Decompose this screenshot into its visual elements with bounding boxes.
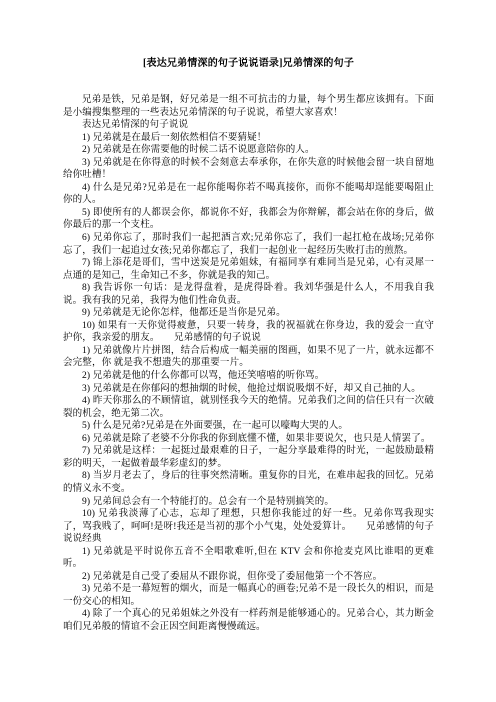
list-item: 2) 兄弟就是自己受了委屈从不跟你说，但你受了委屈他第一个不答应。 [63,571,434,584]
document-body: 兄弟是铁，兄弟是钢，好兄弟是一组不可抗击的力量，每个男生都应该拥有。下面是小编搜… [63,94,434,634]
list-item: 4) 除了一个真心的兄弟姐妹之外没有一样药剂是能够通心的。兄弟合心，其力断金咱们… [63,608,434,633]
list-item: 10) 如果有一天你觉得疲惫，只要一转身，我的祝福就在你身边，我的爱会一直守护你… [63,320,434,345]
document-page: [表达兄弟情深的句子说说语录]兄弟情深的句子 兄弟是铁，兄弟是钢，好兄弟是一组不… [0,0,496,702]
list-item: 1) 兄弟就是平时说你五音不全唱歌难听,但在 KTV 会和你抢麦克风比谁唱的更难… [63,546,434,571]
list-item: 5) 即使所有的人都误会你，都说你不好，我都会为你辩解，都会站在你的身后，做你最… [63,207,434,232]
list-item: 9) 兄弟间总会有一个特能打的。总会有一个是特别搞笑的。 [63,496,434,509]
list-item: 8) 我告诉你一句话：是龙得盘着，是虎得卧着。我刘华强是什么人，不用我自我说。我… [63,282,434,307]
list-item: 3) 兄弟不是一幕短暂的烟火，而是一幅真心的画卷;兄弟不是一段长久的相识，而是一… [63,583,434,608]
section-heading: 表达兄弟情深的句子说说 [63,119,434,132]
list-item: 7) 兄弟就是这样：一起挺过最艰难的日子，一起分享最难得的时光，一起鼓励最精彩的… [63,445,434,470]
list-item: 8) 当岁月老去了，身后的往事突然清晰。重复你的目光，在难串起我的回忆。兄弟的情… [63,470,434,495]
list-item: 1) 兄弟就像片片拼图，结合后构成一幅美丽的图画，如果不见了一片，就永远都不会完… [63,345,434,370]
list-item: 6) 兄弟你忘了，那时我们一起把酒言欢;兄弟你忘了，我们一起扛枪在战场;兄弟你忘… [63,232,434,257]
document-title: [表达兄弟情深的句子说说语录]兄弟情深的句子 [63,57,434,70]
intro-paragraph: 兄弟是铁，兄弟是钢，好兄弟是一组不可抗击的力量，每个男生都应该拥有。下面是小编搜… [63,94,434,119]
list-item: 9) 兄弟就是无论你怎样，他都还是当你是兄弟。 [63,307,434,320]
list-item: 3) 兄弟就是在你得意的时候不会刻意去奉承你，在你失意的时候他会留一块自留地给你… [63,157,434,182]
list-item: 5) 什么是兄弟?兄弟是在外面要强，在一起可以嚎啕大哭的人。 [63,420,434,433]
list-item: 4) 什么是兄弟?兄弟是在一起你能喝你若不喝真接你，而你不能喝却逞能要喝阻止你的… [63,182,434,207]
list-item: 3) 兄弟就是在你郁闷的想抽烟的时候，他抢过烟说吸烟不好，却又自己抽的人。 [63,383,434,396]
list-item: 7) 锦上添花是哥们，雪中送炭是兄弟姐妹，有福同享有难同当是兄弟，心有灵犀一点通… [63,257,434,282]
list-item: 2) 兄弟就是他的什么你都可以骂，他还笑嘻嘻的听你骂。 [63,370,434,383]
list-item: 1) 兄弟就是在最后一刻依然相信不要猜疑！ [63,132,434,145]
list-item: 2) 兄弟就是在你需要他的时候二话不说愿意陪你的人。 [63,144,434,157]
list-item: 4) 昨天你那么的不顾情谊，就别怪我今天的绝情。兄弟我们之间的信任只有一次破裂的… [63,395,434,420]
list-item: 10) 兄弟我淡薄了心志，忘却了理想，只想你我能过的好一些。兄弟你骂我现实了，骂… [63,508,434,546]
list-item: 6) 兄弟就是除了老婆不分你我的你到底懂不懂，如果非要说欠，也只是人情罢了。 [63,433,434,446]
